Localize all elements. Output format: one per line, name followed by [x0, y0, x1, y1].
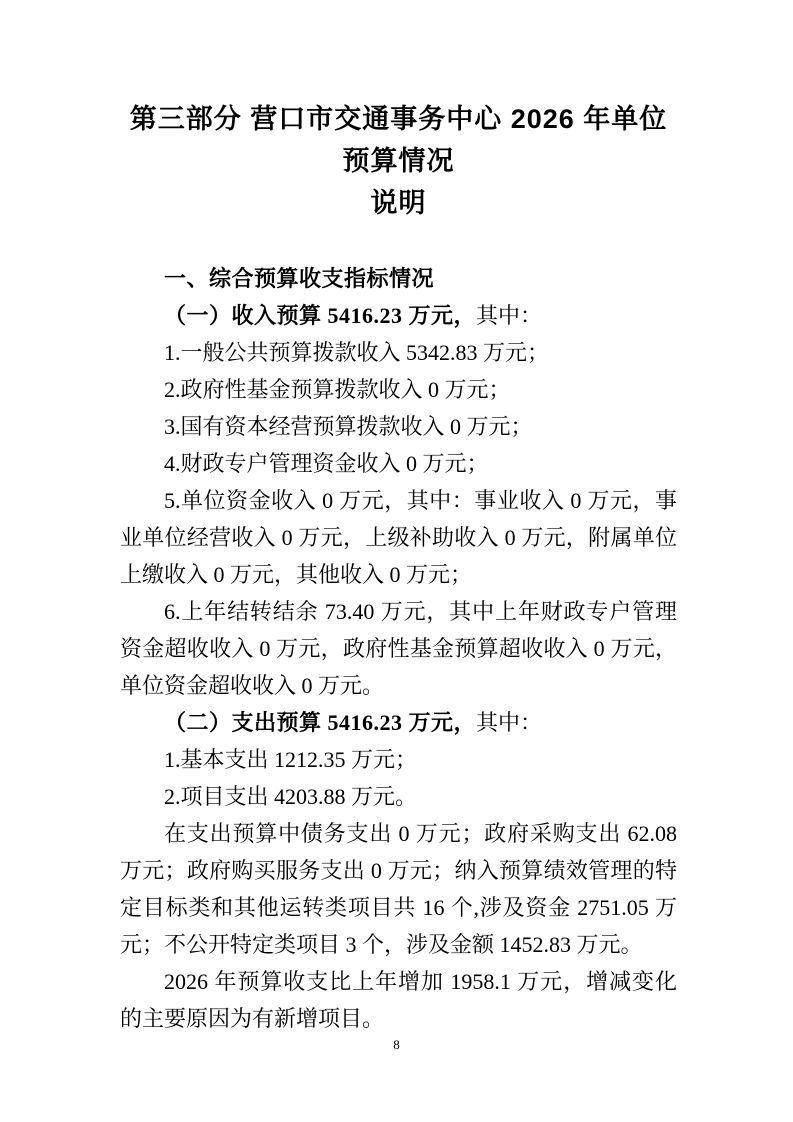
income-item-4: 4.财政专户管理资金收入 0 万元；	[120, 445, 677, 482]
expense-lead-rest: 其中：	[476, 710, 542, 735]
income-lead: （一）收入预算 5416.23 万元，其中：	[120, 297, 677, 334]
expense-item-1: 1.基本支出 1212.35 万元；	[120, 741, 677, 778]
income-item-3: 3.国有资本经营预算拨款收入 0 万元；	[120, 408, 677, 445]
income-lead-bold: （一）收入预算 5416.23 万元，	[164, 303, 476, 328]
document-page: 第三部分 营口市交通事务中心 2026 年单位预算情况 说明 一、综合预算收支指…	[0, 0, 793, 1122]
income-item-5: 5.单位资金收入 0 万元，其中：事业收入 0 万元，事业单位经营收入 0 万元…	[120, 482, 677, 593]
income-lead-rest: 其中：	[476, 303, 542, 328]
document-title: 第三部分 营口市交通事务中心 2026 年单位预算情况 说明	[120, 98, 677, 224]
expense-lead: （二）支出预算 5416.23 万元，其中：	[120, 704, 677, 741]
income-item-6: 6.上年结转结余 73.40 万元，其中上年财政专户管理资金超收收入 0 万元，…	[120, 593, 677, 704]
section-heading-overview: 一、综合预算收支指标情况	[120, 260, 677, 297]
budget-change-note: 2026 年预算收支比上年增加 1958.1 万元，增减变化的主要原因为有新增项…	[120, 963, 677, 1037]
expense-lead-bold: （二）支出预算 5416.23 万元，	[164, 710, 476, 735]
expense-item-2: 2.项目支出 4203.88 万元。	[120, 778, 677, 815]
income-item-2: 2.政府性基金预算拨款收入 0 万元；	[120, 371, 677, 408]
page-number: 8	[0, 1036, 793, 1054]
income-item-1: 1.一般公共预算拨款收入 5342.83 万元；	[120, 334, 677, 371]
document-title-line1: 第三部分 营口市交通事务中心 2026 年单位预算情况	[130, 104, 668, 176]
document-title-line2: 说明	[371, 188, 427, 218]
expense-detail: 在支出预算中债务支出 0 万元；政府采购支出 62.08 万元；政府购买服务支出…	[120, 815, 677, 963]
